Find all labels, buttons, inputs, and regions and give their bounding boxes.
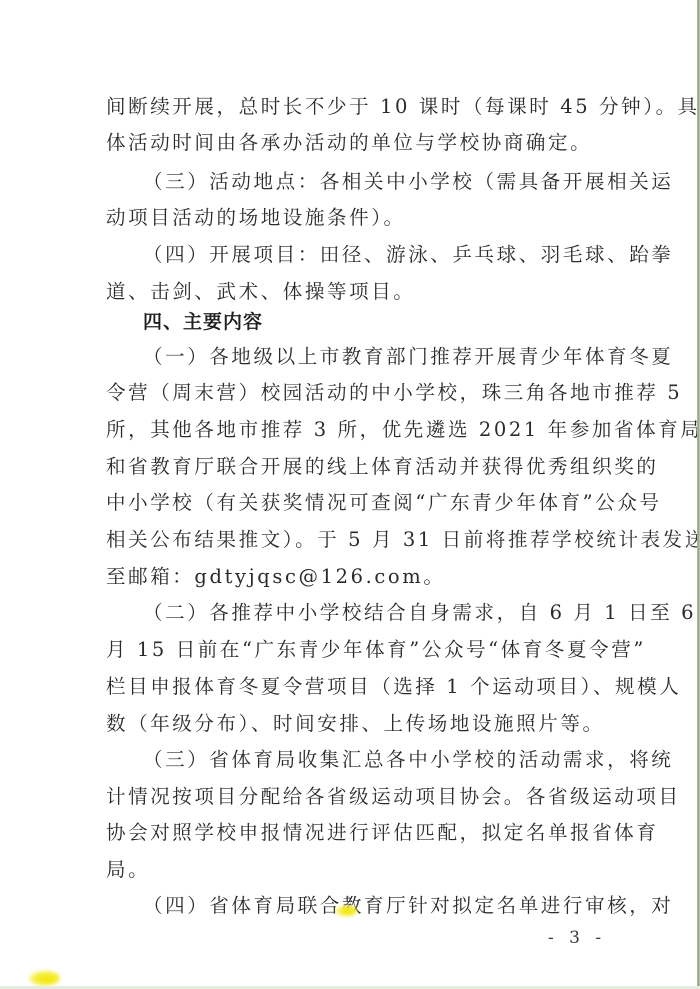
email-line: 至邮箱：gdtyjqsc@126.com。	[106, 562, 592, 592]
body-line: 道、击剑、武术、体操等项目。	[106, 277, 592, 307]
scan-speckle-mark	[335, 905, 357, 917]
body-line: 和省教育厅联合开展的线上体育活动并获得优秀组织奖的	[106, 452, 592, 482]
document-page: 间断续开展，总时长不少于 10 课时（每课时 45 分钟）。具 体活动时间由各承…	[0, 0, 697, 989]
paragraph-start-line: （三）省体育局收集汇总各中小学校的活动需求，将统	[143, 745, 592, 775]
body-line: 所，其他各地市推荐 3 所，优先遴选 2021 年参加省体育局	[106, 415, 592, 445]
body-line: 体活动时间由各承办活动的单位与学校协商确定。	[106, 128, 592, 158]
body-line: 计情况按项目分配给各省级运动项目协会。各省级运动项目	[106, 782, 592, 812]
body-line: 协会对照学校申报情况进行评估匹配，拟定名单报省体育	[106, 818, 592, 848]
body-line: 月 15 日前在“广东青少年体育”公众号“体育冬夏令营”	[106, 635, 592, 665]
scan-speckle-mark	[28, 970, 60, 986]
body-line: 局。	[106, 855, 592, 885]
body-line: 令营（周末营）校园活动的中小学校，珠三角各地市推荐 5	[106, 378, 592, 408]
body-line: 动项目活动的场地设施条件）。	[106, 203, 592, 233]
body-line: 相关公布结果推文）。于 5 月 31 日前将推荐学校统计表发送	[106, 525, 592, 555]
paragraph-start-line: （三）活动地点：各相关中小学校（需具备开展相关运	[143, 167, 592, 197]
section-heading: 四、主要内容	[143, 307, 263, 337]
paragraph-start-line: （二）各推荐中小学校结合自身需求，自 6 月 1 日至 6	[143, 598, 592, 628]
paragraph-start-line: （四）省体育局联合教育厅针对拟定名单进行审核，对	[143, 891, 592, 921]
body-line: 栏目申报体育冬夏令营项目（选择 1 个运动项目）、规模人	[106, 672, 592, 702]
paragraph-start-line: （一）各地级以上市教育部门推荐开展青少年体育冬夏	[143, 342, 592, 372]
paragraph-start-line: （四）开展项目：田径、游泳、乒乓球、羽毛球、跆拳	[143, 240, 592, 270]
body-line: 数（年级分布）、时间安排、上传场地设施照片等。	[106, 709, 592, 739]
body-line: 中小学校（有关获奖情况可查阅“广东青少年体育”公众号	[106, 488, 592, 518]
body-line: 间断续开展，总时长不少于 10 课时（每课时 45 分钟）。具	[106, 92, 592, 122]
page-number: - 3 -	[548, 928, 606, 948]
